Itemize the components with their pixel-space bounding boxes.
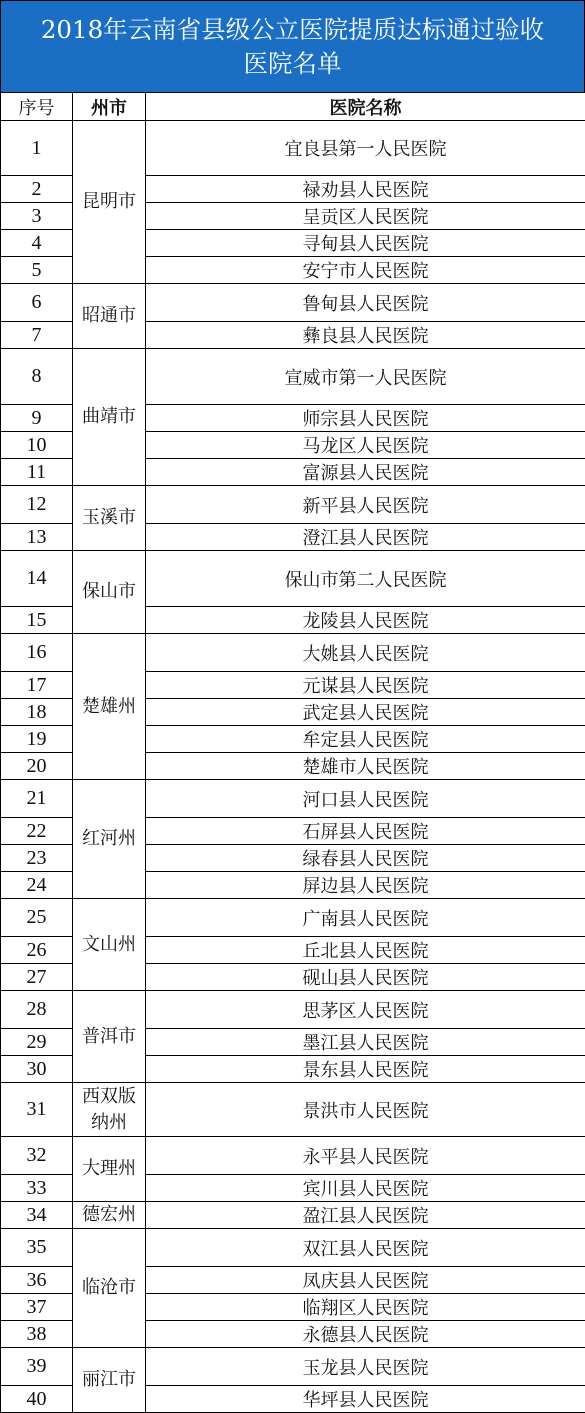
row-index: 27 — [1, 964, 73, 991]
hospital-name: 宜良县第一人民医院 — [146, 121, 585, 176]
row-index: 16 — [1, 634, 73, 672]
title-line-2: 医院名单 — [244, 47, 342, 81]
hospital-name: 师宗县人民医院 — [146, 405, 585, 432]
row-index: 13 — [1, 524, 73, 551]
city-cell: 昆明市 — [73, 121, 146, 284]
hospital-name: 彝良县人民医院 — [146, 322, 585, 349]
hospital-name: 双江县人民医院 — [146, 1229, 585, 1267]
title-line-1: 2018年云南省县级公立医院提质达标通过验收 — [41, 13, 544, 47]
row-index: 22 — [1, 818, 73, 845]
row-index: 11 — [1, 459, 73, 486]
hospital-name: 临翔区人民医院 — [146, 1294, 585, 1321]
city-cell: 曲靖市 — [73, 349, 146, 486]
hospital-name: 石屏县人民医院 — [146, 818, 585, 845]
hospital-name: 玉龙县人民医院 — [146, 1348, 585, 1386]
hospital-name: 马龙区人民医院 — [146, 432, 585, 459]
table-row: 32大理州永平县人民医院 — [1, 1137, 585, 1175]
row-index: 10 — [1, 432, 73, 459]
row-index: 6 — [1, 284, 73, 322]
row-index: 4 — [1, 230, 73, 257]
row-index: 8 — [1, 349, 73, 405]
hospital-name: 永德县人民医院 — [146, 1321, 585, 1348]
hospital-name: 盈江县人民医院 — [146, 1202, 585, 1229]
city-cell: 德宏州 — [73, 1202, 146, 1229]
city-cell: 临沧市 — [73, 1229, 146, 1348]
table-row: 12玉溪市新平县人民医院 — [1, 486, 585, 524]
row-index: 14 — [1, 551, 73, 607]
row-index: 29 — [1, 1029, 73, 1056]
row-index: 39 — [1, 1348, 73, 1386]
hospital-table: 序号 州市 医院名称 1昆明市宜良县第一人民医院2禄劝县人民医院3呈贡区人民医院… — [0, 92, 585, 1413]
city-cell: 普洱市 — [73, 991, 146, 1083]
hospital-name: 大姚县人民医院 — [146, 634, 585, 672]
table-row: 16楚雄州大姚县人民医院 — [1, 634, 585, 672]
column-header-index: 序号 — [1, 93, 73, 121]
row-index: 25 — [1, 899, 73, 937]
row-index: 35 — [1, 1229, 73, 1267]
hospital-name: 楚雄市人民医院 — [146, 753, 585, 780]
city-cell: 西双版纳州 — [73, 1083, 146, 1137]
hospital-name: 寻甸县人民医院 — [146, 230, 585, 257]
hospital-name: 墨江县人民医院 — [146, 1029, 585, 1056]
row-index: 31 — [1, 1083, 73, 1137]
row-index: 36 — [1, 1267, 73, 1294]
row-index: 38 — [1, 1321, 73, 1348]
hospital-name: 澄江县人民医院 — [146, 524, 585, 551]
row-index: 37 — [1, 1294, 73, 1321]
hospital-name: 丘北县人民医院 — [146, 937, 585, 964]
hospital-name: 呈贡区人民医院 — [146, 203, 585, 230]
table-row: 14保山市保山市第二人民医院 — [1, 551, 585, 607]
column-header-row: 序号 州市 医院名称 — [1, 93, 585, 121]
row-index: 26 — [1, 937, 73, 964]
row-index: 34 — [1, 1202, 73, 1229]
city-cell: 玉溪市 — [73, 486, 146, 551]
table-row: 1昆明市宜良县第一人民医院 — [1, 121, 585, 176]
table-row: 8曲靖市宣威市第一人民医院 — [1, 349, 585, 405]
hospital-name: 元谋县人民医院 — [146, 672, 585, 699]
hospital-name: 保山市第二人民医院 — [146, 551, 585, 607]
row-index: 20 — [1, 753, 73, 780]
hospital-name: 龙陵县人民医院 — [146, 607, 585, 634]
hospital-name: 凤庆县人民医院 — [146, 1267, 585, 1294]
row-index: 3 — [1, 203, 73, 230]
row-index: 19 — [1, 726, 73, 753]
hospital-name: 华坪县人民医院 — [146, 1386, 585, 1413]
hospital-name: 绿春县人民医院 — [146, 845, 585, 872]
hospital-name: 宾川县人民医院 — [146, 1175, 585, 1202]
hospital-name: 安宁市人民医院 — [146, 257, 585, 284]
city-cell: 保山市 — [73, 551, 146, 634]
hospital-name: 鲁甸县人民医院 — [146, 284, 585, 322]
column-header-hospital: 医院名称 — [146, 93, 585, 121]
row-index: 1 — [1, 121, 73, 176]
hospital-name: 广南县人民医院 — [146, 899, 585, 937]
row-index: 33 — [1, 1175, 73, 1202]
row-index: 21 — [1, 780, 73, 818]
table-row: 25文山州广南县人民医院 — [1, 899, 585, 937]
hospital-name: 新平县人民医院 — [146, 486, 585, 524]
table-row: 21红河州河口县人民医院 — [1, 780, 585, 818]
hospital-name: 景东县人民医院 — [146, 1056, 585, 1083]
table-row: 35临沧市双江县人民医院 — [1, 1229, 585, 1267]
table-body: 1昆明市宜良县第一人民医院2禄劝县人民医院3呈贡区人民医院4寻甸县人民医院5安宁… — [1, 121, 585, 1413]
row-index: 17 — [1, 672, 73, 699]
city-cell: 文山州 — [73, 899, 146, 991]
hospital-name: 景洪市人民医院 — [146, 1083, 585, 1137]
hospital-name: 河口县人民医院 — [146, 780, 585, 818]
table-row: 6昭通市鲁甸县人民医院 — [1, 284, 585, 322]
city-cell: 丽江市 — [73, 1348, 146, 1413]
hospital-name: 思茅区人民医院 — [146, 991, 585, 1029]
hospital-name: 富源县人民医院 — [146, 459, 585, 486]
city-cell: 红河州 — [73, 780, 146, 899]
row-index: 2 — [1, 176, 73, 203]
document-title: 2018年云南省县级公立医院提质达标通过验收 医院名单 — [0, 0, 585, 92]
city-cell: 昭通市 — [73, 284, 146, 349]
hospital-name: 屏边县人民医院 — [146, 872, 585, 899]
city-cell: 楚雄州 — [73, 634, 146, 780]
hospital-name: 武定县人民医院 — [146, 699, 585, 726]
hospital-name: 砚山县人民医院 — [146, 964, 585, 991]
table-row: 31西双版纳州景洪市人民医院 — [1, 1083, 585, 1137]
row-index: 18 — [1, 699, 73, 726]
row-index: 15 — [1, 607, 73, 634]
hospital-name: 宣威市第一人民医院 — [146, 349, 585, 405]
hospital-name: 牟定县人民医院 — [146, 726, 585, 753]
row-index: 24 — [1, 872, 73, 899]
hospital-name: 永平县人民医院 — [146, 1137, 585, 1175]
row-index: 12 — [1, 486, 73, 524]
row-index: 28 — [1, 991, 73, 1029]
row-index: 9 — [1, 405, 73, 432]
row-index: 7 — [1, 322, 73, 349]
row-index: 40 — [1, 1386, 73, 1413]
row-index: 5 — [1, 257, 73, 284]
row-index: 30 — [1, 1056, 73, 1083]
city-cell: 大理州 — [73, 1137, 146, 1202]
row-index: 32 — [1, 1137, 73, 1175]
table-row: 28普洱市思茅区人民医院 — [1, 991, 585, 1029]
column-header-city: 州市 — [73, 93, 146, 121]
row-index: 23 — [1, 845, 73, 872]
table-row: 34德宏州盈江县人民医院 — [1, 1202, 585, 1229]
hospital-name: 禄劝县人民医院 — [146, 176, 585, 203]
table-row: 39丽江市玉龙县人民医院 — [1, 1348, 585, 1386]
